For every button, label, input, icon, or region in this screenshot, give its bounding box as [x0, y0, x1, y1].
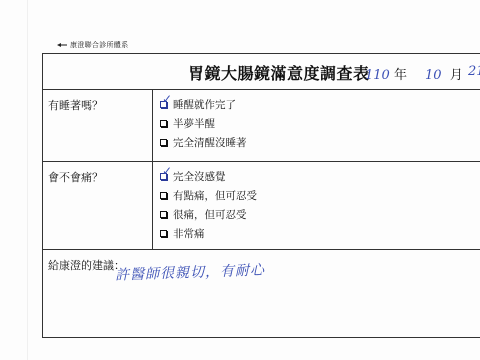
checkbox[interactable] — [160, 230, 167, 237]
year-value[interactable]: 110 — [365, 68, 390, 83]
checkbox[interactable] — [160, 139, 167, 146]
option-label: 有點痛，但可忍受 — [173, 188, 257, 203]
option-label: 半夢半醒 — [173, 116, 215, 131]
date-month: 10 月 — [425, 64, 463, 83]
month-label: 月 — [450, 68, 463, 83]
option-label: 睡醒就作完了 — [173, 97, 236, 112]
option-label: 完全沒感覺 — [173, 169, 226, 184]
question-row-pain: 會不會痛？ ✓ 完全沒感覺 有點痛，但可忍受 很痛，但可忍受 非常痛 — [43, 161, 480, 250]
option-item[interactable]: 很痛，但可忍受 — [160, 205, 257, 224]
date-day: 21 — [468, 64, 480, 79]
checkbox[interactable] — [160, 211, 167, 218]
arrow-icon — [57, 44, 67, 47]
option-item[interactable]: ✓ 睡醒就作完了 — [160, 95, 247, 114]
options-list: ✓ 睡醒就作完了 半夢半醒 完全清醒沒睡著 — [160, 95, 247, 152]
checkbox-checked[interactable]: ✓ — [160, 101, 167, 108]
suggestion-handwritten-text[interactable]: 許醫師很親切，有耐心 — [115, 259, 266, 284]
checkmark-icon: ✓ — [162, 93, 172, 105]
suggestion-row: 給康澄的建議： 許醫師很親切，有耐心 — [43, 249, 480, 337]
option-item[interactable]: 完全清醒沒睡著 — [160, 133, 247, 152]
suggestion-label: 給康澄的建議： — [48, 257, 125, 273]
option-label: 完全清醒沒睡著 — [173, 135, 247, 150]
question-label: 有睡著嗎？ — [48, 97, 103, 113]
question-label: 會不會痛？ — [48, 169, 103, 185]
column-divider — [152, 89, 153, 161]
options-list: ✓ 完全沒感覺 有點痛，但可忍受 很痛，但可忍受 非常痛 — [160, 167, 257, 243]
option-item[interactable]: 半夢半醒 — [160, 114, 247, 133]
checkbox-checked[interactable]: ✓ — [160, 173, 167, 180]
checkbox[interactable] — [160, 192, 167, 199]
checkbox[interactable] — [160, 120, 167, 127]
option-item[interactable]: 有點痛，但可忍受 — [160, 186, 257, 205]
option-item[interactable]: 非常痛 — [160, 224, 257, 243]
option-label: 非常痛 — [173, 226, 205, 241]
option-label: 很痛，但可忍受 — [173, 207, 247, 222]
survey-form: 胃鏡大腸鏡滿意度調查表 110 年 10 月 21 有睡著嗎？ ✓ 睡醒就作完了 — [42, 53, 480, 338]
checkmark-icon: ✓ — [162, 165, 172, 177]
day-value[interactable]: 21 — [468, 64, 480, 79]
month-value[interactable]: 10 — [425, 68, 442, 83]
year-label: 年 — [394, 68, 407, 83]
question-row-sleep: 有睡著嗎？ ✓ 睡醒就作完了 半夢半醒 完全清醒沒睡著 — [43, 89, 480, 162]
date-year: 110 年 — [365, 64, 407, 83]
option-item[interactable]: ✓ 完全沒感覺 — [160, 167, 257, 186]
scan-margin-line — [27, 0, 28, 360]
column-divider — [152, 161, 153, 249]
org-header: 康澄聯合診所體系 — [57, 40, 128, 50]
title-row: 胃鏡大腸鏡滿意度調查表 110 年 10 月 21 — [43, 54, 480, 90]
form-title: 胃鏡大腸鏡滿意度調查表 — [188, 61, 370, 84]
org-name: 康澄聯合診所體系 — [70, 40, 128, 50]
